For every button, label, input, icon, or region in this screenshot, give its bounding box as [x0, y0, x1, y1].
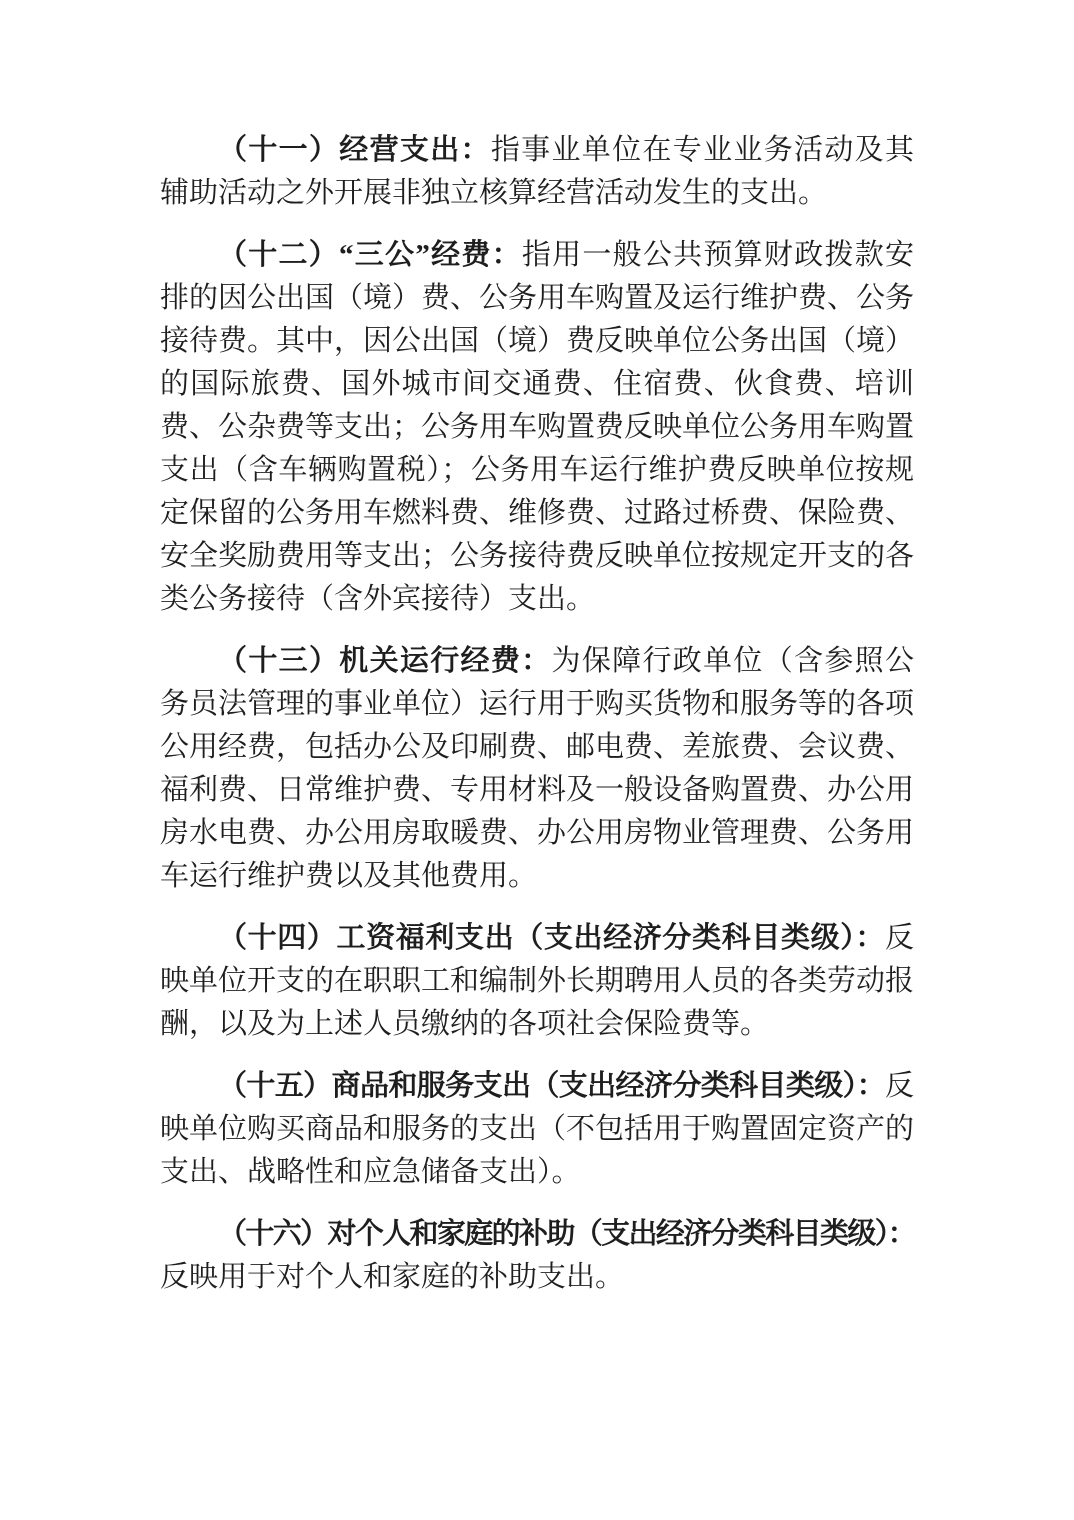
definition-para-12: （十二）“三公”经费：指用一般公共预算财政拨款安排的因公出国（境）费、公务用车购…: [160, 234, 914, 621]
definition-para-15: （十五）商品和服务支出（支出经济分类科目类级）：反映单位购买商品和服务的支出（不…: [160, 1065, 914, 1194]
para-12-heading: （十二）“三公”经费：: [218, 239, 522, 271]
document-page: （十一）经营支出：指事业单位在专业业务活动及其辅助活动之外开展非独立核算经营活动…: [0, 0, 1074, 1520]
para-14-heading: （十四）工资福利支出（支出经济分类科目类级）：: [218, 922, 885, 954]
definition-para-16: （十六）对个人和家庭的补助（支出经济分类科目类级）：反映用于对个人和家庭的补助支…: [160, 1213, 914, 1299]
para-16-body: 反映用于对个人和家庭的补助支出。: [160, 1261, 624, 1293]
definition-para-11: （十一）经营支出：指事业单位在专业业务活动及其辅助活动之外开展非独立核算经营活动…: [160, 129, 914, 215]
para-16-heading: （十六）对个人和家庭的补助（支出经济分类科目类级）：: [218, 1218, 914, 1250]
para-15-heading: （十五）商品和服务支出（支出经济分类科目类级）：: [218, 1070, 885, 1102]
definition-para-13: （十三）机关运行经费：为保障行政单位（含参照公务员法管理的事业单位）运行用于购买…: [160, 640, 914, 898]
para-13-heading: （十三）机关运行经费：: [218, 645, 552, 677]
definition-para-14: （十四）工资福利支出（支出经济分类科目类级）：反映单位开支的在职职工和编制外长期…: [160, 917, 914, 1046]
para-11-heading: （十一）经营支出：: [218, 134, 491, 166]
para-13-body: 为保障行政单位（含参照公务员法管理的事业单位）运行用于购买货物和服务等的各项公用…: [160, 645, 914, 892]
document-text-block: （十一）经营支出：指事业单位在专业业务活动及其辅助活动之外开展非独立核算经营活动…: [160, 129, 914, 1299]
para-12-body: 指用一般公共预算财政拨款安排的因公出国（境）费、公务用车购置及运行维护费、公务接…: [160, 239, 914, 615]
